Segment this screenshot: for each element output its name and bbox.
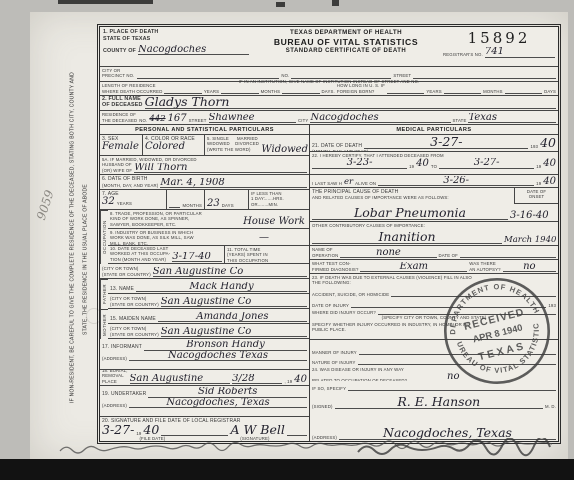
signed-label: (SIGNED) [312,404,333,409]
days-label: DAYS. [322,89,335,94]
burial-place-value: San Augustine [130,374,204,384]
operation-date-label: DATE OF [439,253,458,258]
contributory-value: Inanition [378,231,435,243]
months2-label: MONTHS [483,89,503,94]
state-label: STATE OF TEXAS [103,36,249,43]
mother-birthplace-sub2: (STATE OR COUNTRY) [110,332,159,337]
if-so-specify-label: IF SO, SPECIFY [312,386,346,391]
autopsy-label2: AN AUTOPSY? [469,267,500,272]
margin-note-line2: STATE. THE RESIDENCE IN THE USUAL PLACE … [81,100,90,420]
burial-year-value: 40 [294,375,307,385]
occupation-group: OCCUPATION 8. TRADE, PROFESSION, OR PART… [100,210,309,264]
marital-value: Widowed [261,145,308,155]
test-label2: FIRMED DIAGNOSIS? [312,267,358,272]
dob-sublabel: (MONTH, DAY, AND YEAR) [102,183,158,188]
age-days-value: 23 [207,199,220,209]
father-name-label: 13. NAME [110,286,134,292]
scan-bottom-band [0,459,574,480]
scan-artifact [332,0,339,6]
mother-name-value: Amanda Jones [196,312,268,322]
registrar-no-label: REGISTRAR'S NO. [443,52,483,57]
birthplace-value: San Augustine Co [153,267,244,277]
informant-value: Bronson Handy [186,340,265,350]
where-injury-label: WHERE DID INJURY OCCUR? [312,310,376,315]
father-birthplace-sub2: (STATE OR COUNTRY) [110,302,159,307]
city-precinct-row: CITY ORPRECINCT NO. NO. STREET IF IN AN … [100,67,558,82]
county-label: COUNTY OF [103,48,136,55]
file-year-value: 40 [143,424,159,436]
burial-label3: PLACE [102,379,128,384]
operation-label2: OPERATION [312,253,338,258]
registrar-no-value: 741 [485,47,504,57]
principal-cause-label2: AND RELATED CAUSES OF IMPORTANCE WERE AS… [312,195,512,200]
birthplace-sub2: (STATE OR COUNTRY) [102,272,151,277]
father-group-label: FATHER [100,279,108,309]
age-years-value: 32 [102,197,115,207]
dept-line2: BUREAU OF VITAL STATISTICS [252,37,440,47]
age-days-label: DAYS [222,203,234,208]
sex-value: Female [102,142,140,152]
trade-value: House Work [243,217,305,227]
personal-section-title: PERSONAL AND STATISTICAL PARTICULARS [100,125,309,135]
date-of-injury-label: DATE OF INJURY [312,303,349,308]
length-of-residence-row: LENGTH OF RESIDENCEWHERE DEATH OCCURRED … [100,82,558,96]
full-name-row: 2. FULL NAMEOF DECEASED Gladys Thorn [100,96,558,111]
age-years-label: YEARS [117,201,132,206]
length-label2: WHERE DEATH OCCURRED [102,89,162,94]
date-of-death-sublabel: (MONTH, DAY, AND YEAR) [312,149,556,151]
last-worked-value: 3-17-40 [172,252,211,262]
father-name-value: Mack Handy [189,282,253,292]
last-saw-year: 40 [543,177,556,187]
contributory-onset-value: March 1940 [504,236,556,244]
manner-of-injury-label: MANNER OF INJURY [312,350,357,355]
full-name-label1: 2. FULL NAME [102,96,143,103]
saw-year-prefix: 19 [536,181,541,186]
personal-column: PERSONAL AND STATISTICAL PARTICULARS 3. … [100,125,310,441]
industry-label3: MILL, BANK, ETC. [110,241,307,245]
residence-city-value: Nacogdoches [310,113,378,123]
operation-value: none [376,248,401,258]
residence-label2: THE DECEASED [102,118,137,123]
from-year-prefix: 19 [409,164,414,169]
serial-number: 15892 [443,29,555,47]
residence-no-value: 167 [168,114,187,124]
department-heading: TEXAS DEPARTMENT OF HEALTH BUREAU OF VIT… [252,27,440,66]
dept-line3: STANDARD CERTIFICATE OF DEATH [252,48,440,54]
full-name-value: Gladys Thorn [145,96,230,108]
last-saw-label1: I LAST SAW H [312,181,342,186]
cause-onset-value: 3-16-40 [510,211,556,221]
spouse-value: Will Thorn [134,163,187,173]
principal-cause-value: Lobar Pneumonia [354,207,466,219]
residence-city-label: CITY [298,118,308,123]
attended-from-value: 3-23- [347,158,373,168]
race-value: Colored [145,142,202,152]
informant-address-value: Nacogdoches Texas [168,351,268,361]
date-of-death-value: 3-27- [430,136,462,148]
nature-of-injury-label: NATURE OF INJURY [312,360,356,365]
date-of-death-label: 21. DATE OF DEATH [312,143,362,149]
place-of-death-block: 1. PLACE OF DEATH STATE OF TEXAS COUNTY … [100,27,252,66]
mother-group-label: MOTHER [100,309,108,339]
last-saw-hw: er [344,178,353,186]
injury-year-prefix: 193 [548,303,556,308]
test-value: Exam [400,262,428,272]
form-header: 1. PLACE OF DEATH STATE OF TEXAS COUNTY … [100,27,558,67]
attended-to-value: 3-27- [474,158,500,168]
residence-no-label: NO. [139,118,147,123]
md-label: M. D. [545,404,556,409]
place-of-death-label: 1. PLACE OF DEATH [103,29,249,36]
undertaker-address-value: Nacogdoches, Texas [166,398,269,408]
scanned-death-certificate: IF NON-RESIDENT, BE CAREFUL TO GIVE THE … [0,0,574,480]
scan-artifact [58,0,153,4]
last-worked-label3: TION (MONTH AND YEAR) [110,257,170,262]
spouse-label3: (OR) WIFE OF [102,168,132,173]
dod-year-prefix: 193 [530,144,538,149]
burial-date-value: 3/28 [232,374,254,384]
father-birthplace-value: San Augustine Co [161,297,252,307]
to-year-prefix: 19 [536,164,541,169]
age-less-label3: OR........MIN. [251,202,307,207]
years-label: YEARS [204,89,219,94]
how-long-label2: FOREIGN BORN? [337,89,385,94]
file-date-value: 3-27- [102,424,134,436]
age-months-label: MONTHS [182,203,202,208]
dept-line1: TEXAS DEPARTMENT OF HEALTH [252,29,440,36]
physician-signature-value: R. E. Hanson [397,396,480,408]
industry-value: — [259,233,269,243]
county-value: Nacogdoches [138,45,206,55]
scan-artifact [276,2,285,7]
residence-state-value: Texas [468,113,497,123]
total-time-label3: THIS OCCUPATION [227,258,307,263]
mother-name-label: 15. MAIDEN NAME [110,316,156,322]
accident-suicide-homicide-label: ACCIDENT, SUICIDE, OR HOMICIDE [312,292,389,297]
margin-note-line1: IF NON-RESIDENT, BE CAREFUL TO GIVE THE … [68,34,77,442]
medical-section-title: MEDICAL PARTICULARS [310,125,558,135]
residence-state-label: STATE [453,118,467,123]
undertaker-address-label: (ADDRESS) [102,403,127,408]
occupation-group-label: OCCUPATION [100,210,108,264]
onset-label2: ONSET [517,194,556,199]
burial-year-prefix: , 19 [284,379,292,384]
residence-street-value: Shawnee [209,113,255,123]
attended-from-year: 40 [416,159,429,169]
residence-no-struck: 442 [149,115,165,123]
days2-label: DAYS [544,89,556,94]
last-saw-label2: ALIVE ON [355,181,376,186]
mother-birthplace-value: San Augustine Co [161,327,252,337]
years2-label: YEARS [426,89,441,94]
dob-value: Mar. 4, 1908 [160,178,224,188]
dod-year-value: 40 [540,137,556,149]
to-label: TO [431,164,437,169]
residence-street-label: STREET [189,118,207,123]
full-name-label2: OF DECEASED [102,102,143,109]
contributory-label: OTHER CONTRIBUTORY CAUSES OF IMPORTANCE: [310,222,558,230]
residence-row: RESIDENCE OFTHE DECEASED NO. 442 167 STR… [100,111,558,125]
attended-to-year: 40 [543,159,556,169]
last-saw-value: 3-26- [443,176,469,186]
bleed-through-handwriting [58,438,566,458]
informant-address-label: (ADDRESS) [102,356,127,361]
undertaker-value: Sid Roberts [198,387,257,397]
months-label: MONTHS [261,89,281,94]
registration-numbers: 15892 REGISTRAR'S NO. 741 [440,27,558,66]
parents-group: FATHER MOTHER 13. NAME Mack Handy [100,279,309,339]
registrar-signature-value: A W Bell [230,424,284,436]
